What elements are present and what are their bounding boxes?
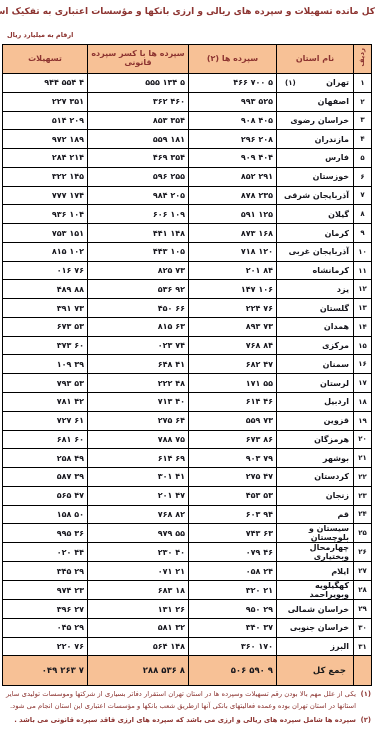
row-number: ۱۲	[358, 285, 367, 293]
total-row: جمع کل ۹ ۵۹۰ ۵۰۶ ۸ ۵۳۶ ۲۸۸ ۷ ۲۶۳ ۰۴۹	[3, 656, 372, 686]
row-number: ۲۰	[358, 435, 367, 443]
row-number-cell: ۳	[354, 111, 372, 130]
loans-cell: ۵۰ ۱۵۸	[3, 505, 88, 524]
row-number-cell: ۲۲	[354, 468, 372, 487]
province-name: ایلام	[331, 567, 349, 576]
row-number-cell: ۱۹	[354, 411, 372, 430]
province-name: آذربایجان شرقی	[284, 191, 349, 200]
province-name: کردستان	[314, 472, 349, 481]
deposits-cell: ۵۳ ۴۵۳	[189, 486, 277, 505]
row-number-cell: ۲۳	[354, 486, 372, 505]
row-number: ۹	[360, 229, 364, 237]
province-name-cell: هرمزگان	[277, 430, 354, 449]
loans-cell: ۶۰ ۳۷۳	[3, 336, 88, 355]
province-name-cell: خوزستان	[277, 167, 354, 186]
loans-cell: ۳۹ ۵۸۷	[3, 468, 88, 487]
row-number: ۱۹	[358, 417, 367, 425]
province-name-cell: البرز	[277, 637, 354, 656]
net-deposits-cell: ۱۰۵ ۴۴۳	[88, 242, 189, 261]
row-number: ۱۳	[358, 304, 367, 312]
province-name-cell: کرمان	[277, 224, 354, 243]
province-name: هرمزگان	[314, 435, 349, 444]
province-name: آذربایجان غربی	[289, 247, 349, 256]
net-deposits-cell: ۶۴ ۲۷۵	[88, 411, 189, 430]
province-name: خوزستان	[313, 172, 349, 181]
deposits-cell: ۷۹ ۹۰۳	[189, 449, 277, 468]
deposits-cell: ۵۵ ۱۷۱	[189, 374, 277, 393]
total-deposits: ۹ ۵۹۰ ۵۰۶	[189, 656, 277, 686]
province-name-cell: فارس	[277, 149, 354, 168]
row-number-cell: ۱۵	[354, 336, 372, 355]
province-name: اصفهان	[318, 97, 349, 106]
deposits-cell: ۵ ۷۰۰ ۴۶۶	[189, 74, 277, 93]
row-number-cell: ۲	[354, 92, 372, 111]
province-name: همدان	[324, 322, 349, 331]
row-number-cell: ۲۸	[354, 581, 372, 600]
table-row: ۱۱ کرمانشاه ۸۴ ۲۰۱ ۷۳ ۸۲۵ ۷۶ ۰۱۶	[3, 261, 372, 280]
table-row: ۳۰ خراسان جنوبی ۳۷ ۳۴۰ ۳۲ ۵۸۱ ۲۹ ۰۴۵	[3, 618, 372, 637]
deposits-cell: ۸۶ ۶۷۳	[189, 430, 277, 449]
deposits-cell: ۷۶ ۲۲۴	[189, 299, 277, 318]
province-name: تهران	[326, 78, 349, 87]
province-name: لرستان	[320, 379, 349, 388]
net-deposits-cell: ۳۲ ۵۸۱	[88, 618, 189, 637]
table-body: ۱ تهران(۱) ۵ ۷۰۰ ۴۶۶ ۵ ۱۳۴ ۵۵۵ ۴ ۵۵۴ ۹۴۴…	[3, 74, 372, 656]
deposits-cell: ۲۱ ۳۲۰	[189, 581, 277, 600]
header-loans: تسهیلات	[3, 45, 88, 74]
loans-cell: ۷۶ ۲۲۰	[3, 637, 88, 656]
row-number: ۶	[360, 173, 364, 181]
row-number: ۱۷	[358, 379, 367, 387]
province-name: البرز	[330, 642, 349, 651]
province-name-cell: مرکزی	[277, 336, 354, 355]
deposits-cell: ۱۰۶ ۱۴۷	[189, 280, 277, 299]
table-row: ۱۵ مرکزی ۸۴ ۷۶۸ ۷۴ ۰۲۳ ۶۰ ۳۷۳	[3, 336, 372, 355]
province-name-cell: چهارمحال وبختیاری	[277, 543, 354, 562]
deposits-cell: ۱۶۸ ۸۷۳	[189, 224, 277, 243]
net-deposits-cell: ۸۲ ۷۶۸	[88, 505, 189, 524]
loans-cell: ۴ ۵۵۴ ۹۴۴	[3, 74, 88, 93]
net-deposits-cell: ۷۳ ۸۲۵	[88, 261, 189, 280]
net-deposits-cell: ۵۵ ۹۷۹	[88, 524, 189, 543]
header-province: نام استان	[277, 45, 354, 74]
table-row: ۲۹ خراسان شمالی ۲۹ ۹۵۰ ۲۶ ۱۳۱ ۲۷ ۳۹۶	[3, 600, 372, 619]
header-net-deposits: سپرده ها با کسر سپرده قانونی	[88, 45, 189, 74]
loans-cell: ۷۳ ۳۹۱	[3, 299, 88, 318]
row-number-cell: ۶	[354, 167, 372, 186]
province-name: کرمانشاه	[313, 266, 349, 275]
header-deposits: سپرده ها (۲)	[189, 45, 277, 74]
loans-cell: ۸۸ ۴۸۹	[3, 280, 88, 299]
loans-cell: ۵۳ ۷۹۳	[3, 374, 88, 393]
province-name-cell: اصفهان	[277, 92, 354, 111]
province-name-cell: کردستان	[277, 468, 354, 487]
province-name-cell: خراسان شمالی	[277, 600, 354, 619]
row-number: ۲۷	[358, 567, 367, 575]
row-number: ۱۰	[358, 248, 367, 256]
row-number-cell: ۹	[354, 224, 372, 243]
row-number-cell: ۱۸	[354, 393, 372, 412]
net-deposits-cell: ۳۵۴ ۸۵۳	[88, 111, 189, 130]
table-header: ردیف نام استان سپرده ها (۲) سپرده ها با …	[3, 45, 372, 74]
net-deposits-cell: ۲۶ ۱۳۱	[88, 600, 189, 619]
loans-cell: ۳۵۱ ۲۲۷	[3, 92, 88, 111]
table-row: ۶ خوزستان ۲۹۱ ۸۵۲ ۲۵۵ ۵۹۶ ۱۴۵ ۳۲۲	[3, 167, 372, 186]
table-row: ۲۷ ایلام ۲۴ ۰۵۸ ۲۱ ۰۷۱ ۲۹ ۳۴۵	[3, 562, 372, 581]
loans-cell: ۱۸۹ ۹۷۲	[3, 130, 88, 149]
loans-cell: ۴۲ ۷۸۱	[3, 393, 88, 412]
province-name: خراسان شمالی	[288, 605, 349, 614]
loans-cell: ۲۳ ۹۷۴	[3, 581, 88, 600]
deposits-cell: ۲۴ ۰۵۸	[189, 562, 277, 581]
row-number: ۲	[360, 98, 364, 106]
loans-cell: ۲۷ ۳۹۶	[3, 600, 88, 619]
unit-note: ارقام به میلیارد ریال	[7, 31, 73, 39]
loans-cell: ۱۷۴ ۷۷۷	[3, 186, 88, 205]
province-name-cell: قم	[277, 505, 354, 524]
net-deposits-cell: ۵ ۱۳۴ ۵۵۵	[88, 74, 189, 93]
deposits-cell: ۱۷۰ ۳۶۰	[189, 637, 277, 656]
province-name: چهارمحال وبختیاری	[310, 543, 349, 561]
row-number: ۱۵	[358, 342, 367, 350]
row-number-cell: ۱	[354, 74, 372, 93]
net-deposits-cell: ۴۱ ۶۴۸	[88, 355, 189, 374]
row-number: ۱۶	[358, 360, 367, 368]
net-deposits-cell: ۷۴ ۰۲۳	[88, 336, 189, 355]
header-row: ردیف نام استان سپرده ها (۲) سپرده ها با …	[3, 45, 372, 74]
province-name-cell: گلستان	[277, 299, 354, 318]
loans-cell: ۴۴ ۰۲۰	[3, 543, 88, 562]
province-name-cell: سمنان	[277, 355, 354, 374]
row-number-cell: ۲۵	[354, 524, 372, 543]
table-row: ۹ کرمان ۱۶۸ ۸۷۳ ۱۴۸ ۴۴۱ ۱۵۱ ۷۵۳	[3, 224, 372, 243]
table-row: ۱۰ آذربایجان غربی ۱۲۰ ۷۱۸ ۱۰۵ ۴۴۳ ۱۰۲ ۸۱…	[3, 242, 372, 261]
row-number: ۲۴	[358, 510, 367, 518]
loans-cell: ۱۰۲ ۸۱۵	[3, 242, 88, 261]
province-name-cell: کهگیلویه وبویراحمد	[277, 581, 354, 600]
province-name-cell: خراسان رضوی	[277, 111, 354, 130]
province-name-cell: ایلام	[277, 562, 354, 581]
province-name-cell: آذربایجان غربی	[277, 242, 354, 261]
row-number: ۷	[360, 191, 364, 199]
row-number: ۸	[360, 210, 364, 218]
total-row-number-cell	[354, 656, 372, 686]
deposits-cell: ۹۴ ۶۰۳	[189, 505, 277, 524]
deposits-cell: ۵۲۵ ۹۹۳	[189, 92, 277, 111]
loans-cell: ۲۹ ۰۴۵	[3, 618, 88, 637]
table-row: ۸ گیلان ۱۲۵ ۵۹۱ ۱۰۹ ۶۰۶ ۱۰۴ ۹۳۶	[3, 205, 372, 224]
province-name-cell: سیستان و بلوچستان	[277, 524, 354, 543]
total-loans: ۷ ۲۶۳ ۰۴۹	[3, 656, 88, 686]
net-deposits-cell: ۷۵ ۷۸۸	[88, 430, 189, 449]
table-row: ۲۴ قم ۹۴ ۶۰۳ ۸۲ ۷۶۸ ۵۰ ۱۵۸	[3, 505, 372, 524]
row-number: ۴	[360, 135, 364, 143]
province-name: سمنان	[323, 360, 349, 369]
table-row: ۲۸ کهگیلویه وبویراحمد ۲۱ ۳۲۰ ۱۸ ۶۸۳ ۲۳ ۹…	[3, 581, 372, 600]
table-row: ۴ مازندران ۲۰۸ ۲۹۶ ۱۸۱ ۵۵۹ ۱۸۹ ۹۷۲	[3, 130, 372, 149]
row-number: ۲۳	[358, 492, 367, 500]
row-number-cell: ۲۴	[354, 505, 372, 524]
table-row: ۲۳ زنجان ۵۳ ۴۵۳ ۴۷ ۲۰۱ ۴۷ ۵۶۵	[3, 486, 372, 505]
row-number-cell: ۲۷	[354, 562, 372, 581]
province-name-cell: تهران(۱)	[277, 74, 354, 93]
header-row-number-label: ردیف	[359, 48, 367, 67]
row-number-cell: ۱۷	[354, 374, 372, 393]
footnote-2-marker: (۲)	[356, 715, 371, 727]
province-name-cell: لرستان	[277, 374, 354, 393]
row-number-cell: ۵	[354, 149, 372, 168]
province-name-cell: کرمانشاه	[277, 261, 354, 280]
footnote-ref: (۱)	[285, 79, 296, 87]
province-name: مرکزی	[322, 341, 349, 350]
loans-cell: ۱۰۴ ۹۳۶	[3, 205, 88, 224]
province-name: سیستان و بلوچستان	[309, 524, 349, 542]
deposits-cell: ۲۹۱ ۸۵۲	[189, 167, 277, 186]
province-name-cell: خراسان جنوبی	[277, 618, 354, 637]
province-name: خراسان جنوبی	[290, 623, 349, 632]
table-row: ۷ آذربایجان شرقی ۲۳۵ ۸۷۸ ۲۰۵ ۹۸۴ ۱۷۴ ۷۷۷	[3, 186, 372, 205]
row-number-cell: ۱۱	[354, 261, 372, 280]
loans-cell: ۳۹ ۱۰۹	[3, 355, 88, 374]
table-row: ۲۲ کردستان ۴۷ ۲۷۵ ۴۱ ۳۰۱ ۳۹ ۵۸۷	[3, 468, 372, 487]
province-name: اردبیل	[324, 397, 349, 406]
footnote-1: (۱) یکی از علل مهم بالا بودن رقم تسهیلات…	[4, 689, 371, 713]
table-row: ۲ اصفهان ۵۲۵ ۹۹۳ ۴۶۰ ۳۶۲ ۳۵۱ ۲۲۷	[3, 92, 372, 111]
deposits-cell: ۲۰۸ ۲۹۶	[189, 130, 277, 149]
province-name: خراسان رضوی	[290, 116, 349, 125]
deposits-cell: ۲۳۵ ۸۷۸	[189, 186, 277, 205]
deposits-cell: ۸۴ ۷۶۸	[189, 336, 277, 355]
table-row: ۱۷ لرستان ۵۵ ۱۷۱ ۴۸ ۲۲۲ ۵۳ ۷۹۳	[3, 374, 372, 393]
table-row: ۵ فارس ۴۰۴ ۹۰۹ ۳۵۴ ۴۶۹ ۲۱۴ ۲۸۴	[3, 149, 372, 168]
footnote-1-marker: (۱)	[356, 689, 371, 713]
row-number-cell: ۳۰	[354, 618, 372, 637]
province-name-cell: آذربایجان شرقی	[277, 186, 354, 205]
province-name: کرمان	[325, 229, 349, 238]
loans-cell: ۲۱۴ ۲۸۴	[3, 149, 88, 168]
table-row: ۲۶ چهارمحال وبختیاری ۴۶ ۰۷۹ ۴۰ ۲۳۰ ۴۴ ۰۲…	[3, 543, 372, 562]
loans-cell: ۲۹ ۳۴۵	[3, 562, 88, 581]
province-name-cell: بوشهر	[277, 449, 354, 468]
row-number-cell: ۱۶	[354, 355, 372, 374]
footnotes: (۱) یکی از علل مهم بالا بودن رقم تسهیلات…	[4, 689, 371, 727]
deposits-cell: ۷۳ ۵۵۹	[189, 411, 277, 430]
row-number: ۱۸	[358, 398, 367, 406]
province-name-cell: زنجان	[277, 486, 354, 505]
net-deposits-cell: ۶۹ ۶۱۴	[88, 449, 189, 468]
net-deposits-cell: ۴۶۰ ۳۶۲	[88, 92, 189, 111]
table-row: ۱۴ همدان ۷۳ ۸۹۳ ۶۳ ۸۱۵ ۵۳ ۶۷۳	[3, 317, 372, 336]
footnote-2: (۲) سپرده ها شامل سپرده های ریالی و ارزی…	[4, 715, 371, 727]
row-number-cell: ۱۲	[354, 280, 372, 299]
row-number: ۱۱	[358, 267, 367, 275]
deposits-cell: ۱۲۵ ۵۹۱	[189, 205, 277, 224]
net-deposits-cell: ۴۰ ۲۳۰	[88, 543, 189, 562]
row-number-cell: ۱۴	[354, 317, 372, 336]
loans-cell: ۴۹ ۲۵۸	[3, 449, 88, 468]
province-name: گلستان	[320, 304, 349, 313]
province-name: قم	[337, 510, 349, 519]
table-row: ۱۹ قزوین ۷۳ ۵۵۹ ۶۴ ۲۷۵ ۶۱ ۷۲۷	[3, 411, 372, 430]
table-row: ۱ تهران(۱) ۵ ۷۰۰ ۴۶۶ ۵ ۱۳۴ ۵۵۵ ۴ ۵۵۴ ۹۴۴	[3, 74, 372, 93]
province-name: مازندران	[315, 135, 349, 144]
table-row: ۲۰ هرمزگان ۸۶ ۶۷۳ ۷۵ ۷۸۸ ۶۰ ۶۸۱	[3, 430, 372, 449]
province-name: یزد	[337, 285, 349, 294]
net-deposits-cell: ۲۱ ۰۷۱	[88, 562, 189, 581]
table-row: ۱۸ اردبیل ۴۶ ۶۱۴ ۴۰ ۷۱۳ ۴۲ ۷۸۱	[3, 393, 372, 412]
row-number: ۲۲	[358, 473, 367, 481]
net-deposits-cell: ۶۳ ۸۱۵	[88, 317, 189, 336]
loans-cell: ۳۶ ۹۹۵	[3, 524, 88, 543]
province-name: گیلان	[328, 210, 349, 219]
deposits-cell: ۷۳ ۸۹۳	[189, 317, 277, 336]
row-number: ۱۴	[358, 323, 367, 331]
row-number-cell: ۱۳	[354, 299, 372, 318]
net-deposits-cell: ۴۷ ۲۰۱	[88, 486, 189, 505]
row-number-cell: ۲۶	[354, 543, 372, 562]
net-deposits-cell: ۳۵۴ ۴۶۹	[88, 149, 189, 168]
net-deposits-cell: ۴۰ ۷۱۳	[88, 393, 189, 412]
deposits-cell: ۳۷ ۳۴۰	[189, 618, 277, 637]
row-number-cell: ۲۱	[354, 449, 372, 468]
deposits-cell: ۴۰۵ ۹۰۸	[189, 111, 277, 130]
province-name-cell: همدان	[277, 317, 354, 336]
net-deposits-cell: ۱۴۸ ۴۴۱	[88, 224, 189, 243]
province-name: فارس	[325, 153, 349, 162]
row-number: ۲۹	[358, 605, 367, 613]
net-deposits-cell: ۶۶ ۴۵۰	[88, 299, 189, 318]
province-name-cell: گیلان	[277, 205, 354, 224]
loans-cell: ۵۳ ۶۷۳	[3, 317, 88, 336]
row-number: ۲۸	[358, 586, 367, 594]
header-row-number: ردیف	[354, 45, 372, 74]
province-name-cell: مازندران	[277, 130, 354, 149]
row-number-cell: ۳۱	[354, 637, 372, 656]
deposits-cell: ۴۷ ۶۸۲	[189, 355, 277, 374]
net-deposits-cell: ۴۱ ۳۰۱	[88, 468, 189, 487]
province-name: بوشهر	[323, 454, 349, 463]
deposits-cell: ۴۷ ۲۷۵	[189, 468, 277, 487]
row-number: ۵	[360, 154, 364, 162]
row-number-cell: ۴	[354, 130, 372, 149]
province-name: کهگیلویه وبویراحمد	[310, 581, 349, 599]
row-number: ۲۵	[358, 529, 367, 537]
row-number-cell: ۱۰	[354, 242, 372, 261]
total-net-deposits: ۸ ۵۳۶ ۲۸۸	[88, 656, 189, 686]
net-deposits-cell: ۱۸۱ ۵۵۹	[88, 130, 189, 149]
loans-cell: ۶۱ ۷۲۷	[3, 411, 88, 430]
footnote-1-text: یکی از علل مهم بالا بودن رقم تسهیلات وسپ…	[4, 689, 356, 713]
row-number: ۳۱	[358, 643, 367, 651]
row-number-cell: ۷	[354, 186, 372, 205]
table-row: ۱۳ گلستان ۷۶ ۲۲۴ ۶۶ ۴۵۰ ۷۳ ۳۹۱	[3, 299, 372, 318]
loans-cell: ۶۰ ۶۸۱	[3, 430, 88, 449]
net-deposits-cell: ۲۵۵ ۵۹۶	[88, 167, 189, 186]
deposits-cell: ۶۳ ۷۴۳	[189, 524, 277, 543]
table-row: ۳۱ البرز ۱۷۰ ۳۶۰ ۱۴۸ ۵۶۴ ۷۶ ۲۲۰	[3, 637, 372, 656]
total-label: جمع کل	[277, 656, 354, 686]
row-number-cell: ۸	[354, 205, 372, 224]
table-footer: جمع کل ۹ ۵۹۰ ۵۰۶ ۸ ۵۳۶ ۲۸۸ ۷ ۲۶۳ ۰۴۹	[3, 656, 372, 686]
province-name-cell: اردبیل	[277, 393, 354, 412]
deposits-cell: ۴۶ ۶۱۴	[189, 393, 277, 412]
row-number-cell: ۲۹	[354, 600, 372, 619]
province-name-cell: یزد	[277, 280, 354, 299]
deposits-cell: ۱۲۰ ۷۱۸	[189, 242, 277, 261]
net-deposits-cell: ۱۸ ۶۸۳	[88, 581, 189, 600]
net-deposits-cell: ۲۰۵ ۹۸۴	[88, 186, 189, 205]
province-name: زنجان	[326, 491, 349, 500]
row-number: ۲۱	[358, 454, 367, 462]
province-deposits-table: ردیف نام استان سپرده ها (۲) سپرده ها با …	[2, 44, 372, 686]
row-number: ۱	[360, 79, 364, 87]
loans-cell: ۲۰۹ ۵۱۴	[3, 111, 88, 130]
deposits-cell: ۸۴ ۲۰۱	[189, 261, 277, 280]
table-row: ۳ خراسان رضوی ۴۰۵ ۹۰۸ ۳۵۴ ۸۵۳ ۲۰۹ ۵۱۴	[3, 111, 372, 130]
net-deposits-cell: ۹۲ ۵۳۶	[88, 280, 189, 299]
net-deposits-cell: ۴۸ ۲۲۲	[88, 374, 189, 393]
row-number: ۳۰	[358, 624, 367, 632]
row-number: ۲۶	[358, 548, 367, 556]
table-row: ۱۶ سمنان ۴۷ ۶۸۲ ۴۱ ۶۴۸ ۳۹ ۱۰۹	[3, 355, 372, 374]
deposits-cell: ۴۰۴ ۹۰۹	[189, 149, 277, 168]
deposits-cell: ۲۹ ۹۵۰	[189, 600, 277, 619]
row-number: ۳	[360, 116, 364, 124]
province-name: قزوین	[324, 416, 349, 425]
footnote-2-text: سپرده ها شامل سپرده های ریالی و ارزی می …	[4, 715, 356, 727]
table-row: ۲۱ بوشهر ۷۹ ۹۰۳ ۶۹ ۶۱۴ ۴۹ ۲۵۸	[3, 449, 372, 468]
province-name-cell: قزوین	[277, 411, 354, 430]
table-row: ۱۲ یزد ۱۰۶ ۱۴۷ ۹۲ ۵۳۶ ۸۸ ۴۸۹	[3, 280, 372, 299]
loans-cell: ۷۶ ۰۱۶	[3, 261, 88, 280]
page-title: کل مانده تسهیلات و سپرده های ریالی و ارز…	[0, 7, 375, 17]
loans-cell: ۱۵۱ ۷۵۳	[3, 224, 88, 243]
loans-cell: ۴۷ ۵۶۵	[3, 486, 88, 505]
loans-cell: ۱۴۵ ۳۲۲	[3, 167, 88, 186]
row-number-cell: ۲۰	[354, 430, 372, 449]
net-deposits-cell: ۱۴۸ ۵۶۴	[88, 637, 189, 656]
net-deposits-cell: ۱۰۹ ۶۰۶	[88, 205, 189, 224]
deposits-cell: ۴۶ ۰۷۹	[189, 543, 277, 562]
table-row: ۲۵ سیستان و بلوچستان ۶۳ ۷۴۳ ۵۵ ۹۷۹ ۳۶ ۹۹…	[3, 524, 372, 543]
